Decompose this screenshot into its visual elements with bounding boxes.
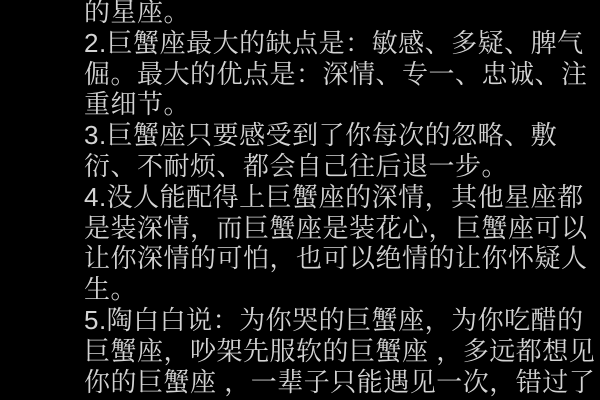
text-line: 2.巨蟹座最大的缺点是：敏感、多疑、脾气 xyxy=(84,28,554,59)
text-line: 4.没人能配得上巨蟹座的深情，其他星座都 xyxy=(84,182,554,213)
text-line: 5.陶白白说：为你哭的巨蟹座，为你吃醋的 xyxy=(84,305,554,336)
text-line: 重细节。 xyxy=(84,89,554,120)
text-block: 的星座。 2.巨蟹座最大的缺点是：敏感、多疑、脾气 倔。最大的优点是：深情、专一… xyxy=(84,0,554,397)
zodiac-text-image: 的星座。 2.巨蟹座最大的缺点是：敏感、多疑、脾气 倔。最大的优点是：深情、专一… xyxy=(0,0,600,400)
text-line: 生。 xyxy=(84,274,554,305)
text-line: 倔。最大的优点是：深情、专一、忠诚、注 xyxy=(84,59,554,90)
text-line: 让你深情的可怕，也可以绝情的让你怀疑人 xyxy=(84,243,554,274)
text-line: 的星座。 xyxy=(84,0,554,28)
text-line: 巨蟹座，吵架先服软的巨蟹座 ，多远都想见 xyxy=(84,336,554,367)
text-line: 3.巨蟹座只要感受到了你每次的忽略、敷 xyxy=(84,120,554,151)
text-line: 你的巨蟹座 ，一辈子只能遇见一次，错过了 xyxy=(84,367,554,398)
text-line: 衍、不耐烦、都会自己往后退一步。 xyxy=(84,151,554,182)
text-line: 是装深情，而巨蟹座是装花心，巨蟹座可以 xyxy=(84,213,554,244)
